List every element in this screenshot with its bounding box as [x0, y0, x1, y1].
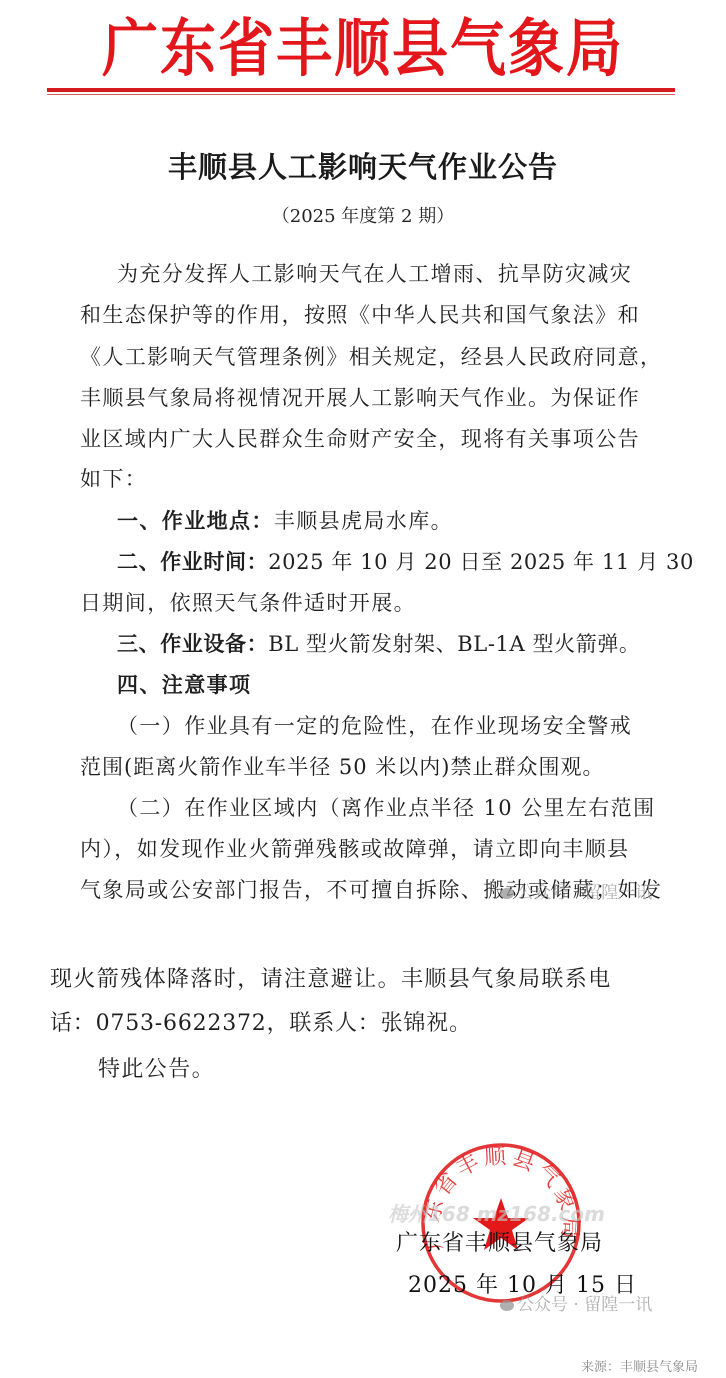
signature-organization: 广东省丰顺县气象局 — [396, 1226, 603, 1257]
note2-cont-line-2: 话：0753-6622372，联系人：张锦祝。 — [50, 1006, 472, 1037]
intro-line-3: 《人工影响天气管理条例》相关规定，经县人民政府同意， — [80, 341, 662, 371]
letterhead-thin-rule — [47, 94, 675, 95]
letterhead-red-rule — [47, 88, 675, 92]
intro-line-1: 为充分发挥人工影响天气在人工增雨、抗旱防灾减灾 — [117, 258, 632, 288]
item-time: 二、作业时间：2025 年 10 月 20 日至 2025 年 11 月 30 — [117, 546, 694, 576]
source-caption: 来源：丰顺县气象局 — [581, 1356, 698, 1375]
note1-line-1: （一）作业具有一定的危险性，在作业现场安全警戒 — [117, 710, 632, 740]
wechat-watermark-text: 公众号 · 留隍一讯 — [517, 883, 652, 903]
item-location: 一、作业地点：丰顺县虎局水库。 — [117, 505, 453, 535]
wechat-watermark-top: 公众号 · 留隍一讯 — [500, 878, 652, 903]
item-equipment-text: BL 型火箭发射架、BL-1A 型火箭弹。 — [268, 632, 640, 656]
item-equipment: 三、作业设备：BL 型火箭发射架、BL-1A 型火箭弹。 — [117, 628, 641, 658]
item-time-text: 2025 年 10 月 20 日至 2025 年 11 月 30 — [268, 550, 694, 574]
letterhead-organization: 广东省丰顺县气象局 — [0, 6, 726, 91]
item-notes-heading: 四、注意事项 — [117, 669, 251, 699]
note2-cont-line-1: 现火箭残体降落时，请注意避让。丰顺县气象局联系电 — [50, 962, 612, 993]
wechat-watermark-bottom: 公众号 · 留隍一讯 — [500, 1290, 652, 1315]
document-issue-number: （2025 年度第 2 期） — [0, 202, 726, 228]
wechat-icon — [500, 888, 514, 899]
wechat-watermark-text: 公众号 · 留隍一讯 — [517, 1295, 652, 1315]
intro-line-2: 和生态保护等的作用，按照《中华人民共和国气象法》和 — [80, 299, 640, 329]
intro-line-5: 业区域内广大人民群众生命财产安全，现将有关事项公告 — [80, 423, 640, 453]
intro-line-6: 如下： — [80, 463, 147, 493]
site-watermark: 梅州168 mz168.com — [388, 1198, 605, 1227]
wechat-icon — [500, 1300, 514, 1311]
item-time-continuation: 日期间，依照天气条件适时开展。 — [80, 587, 416, 617]
note2-line-2: 内），如发现作业火箭弹残骸或故障弹，请立即向丰顺县 — [80, 833, 630, 863]
note1-line-2: 范围(距离火箭作业车半径 50 米以内)禁止群众围观。 — [80, 751, 604, 781]
intro-line-4: 丰顺县气象局将视情况开展人工影响天气作业。为保证作 — [80, 382, 640, 412]
item-location-label: 一、作业地点： — [117, 508, 274, 533]
note2-line-1: （二）在作业区域内（离作业点半径 10 公里左右范围 — [117, 792, 655, 822]
closing-text: 特此公告。 — [98, 1052, 215, 1083]
item-location-text: 丰顺县虎局水库。 — [274, 509, 453, 533]
item-equipment-label: 三、作业设备： — [117, 631, 268, 656]
document-title: 丰顺县人工影响天气作业公告 — [0, 145, 726, 186]
item-time-label: 二、作业时间： — [117, 549, 268, 574]
